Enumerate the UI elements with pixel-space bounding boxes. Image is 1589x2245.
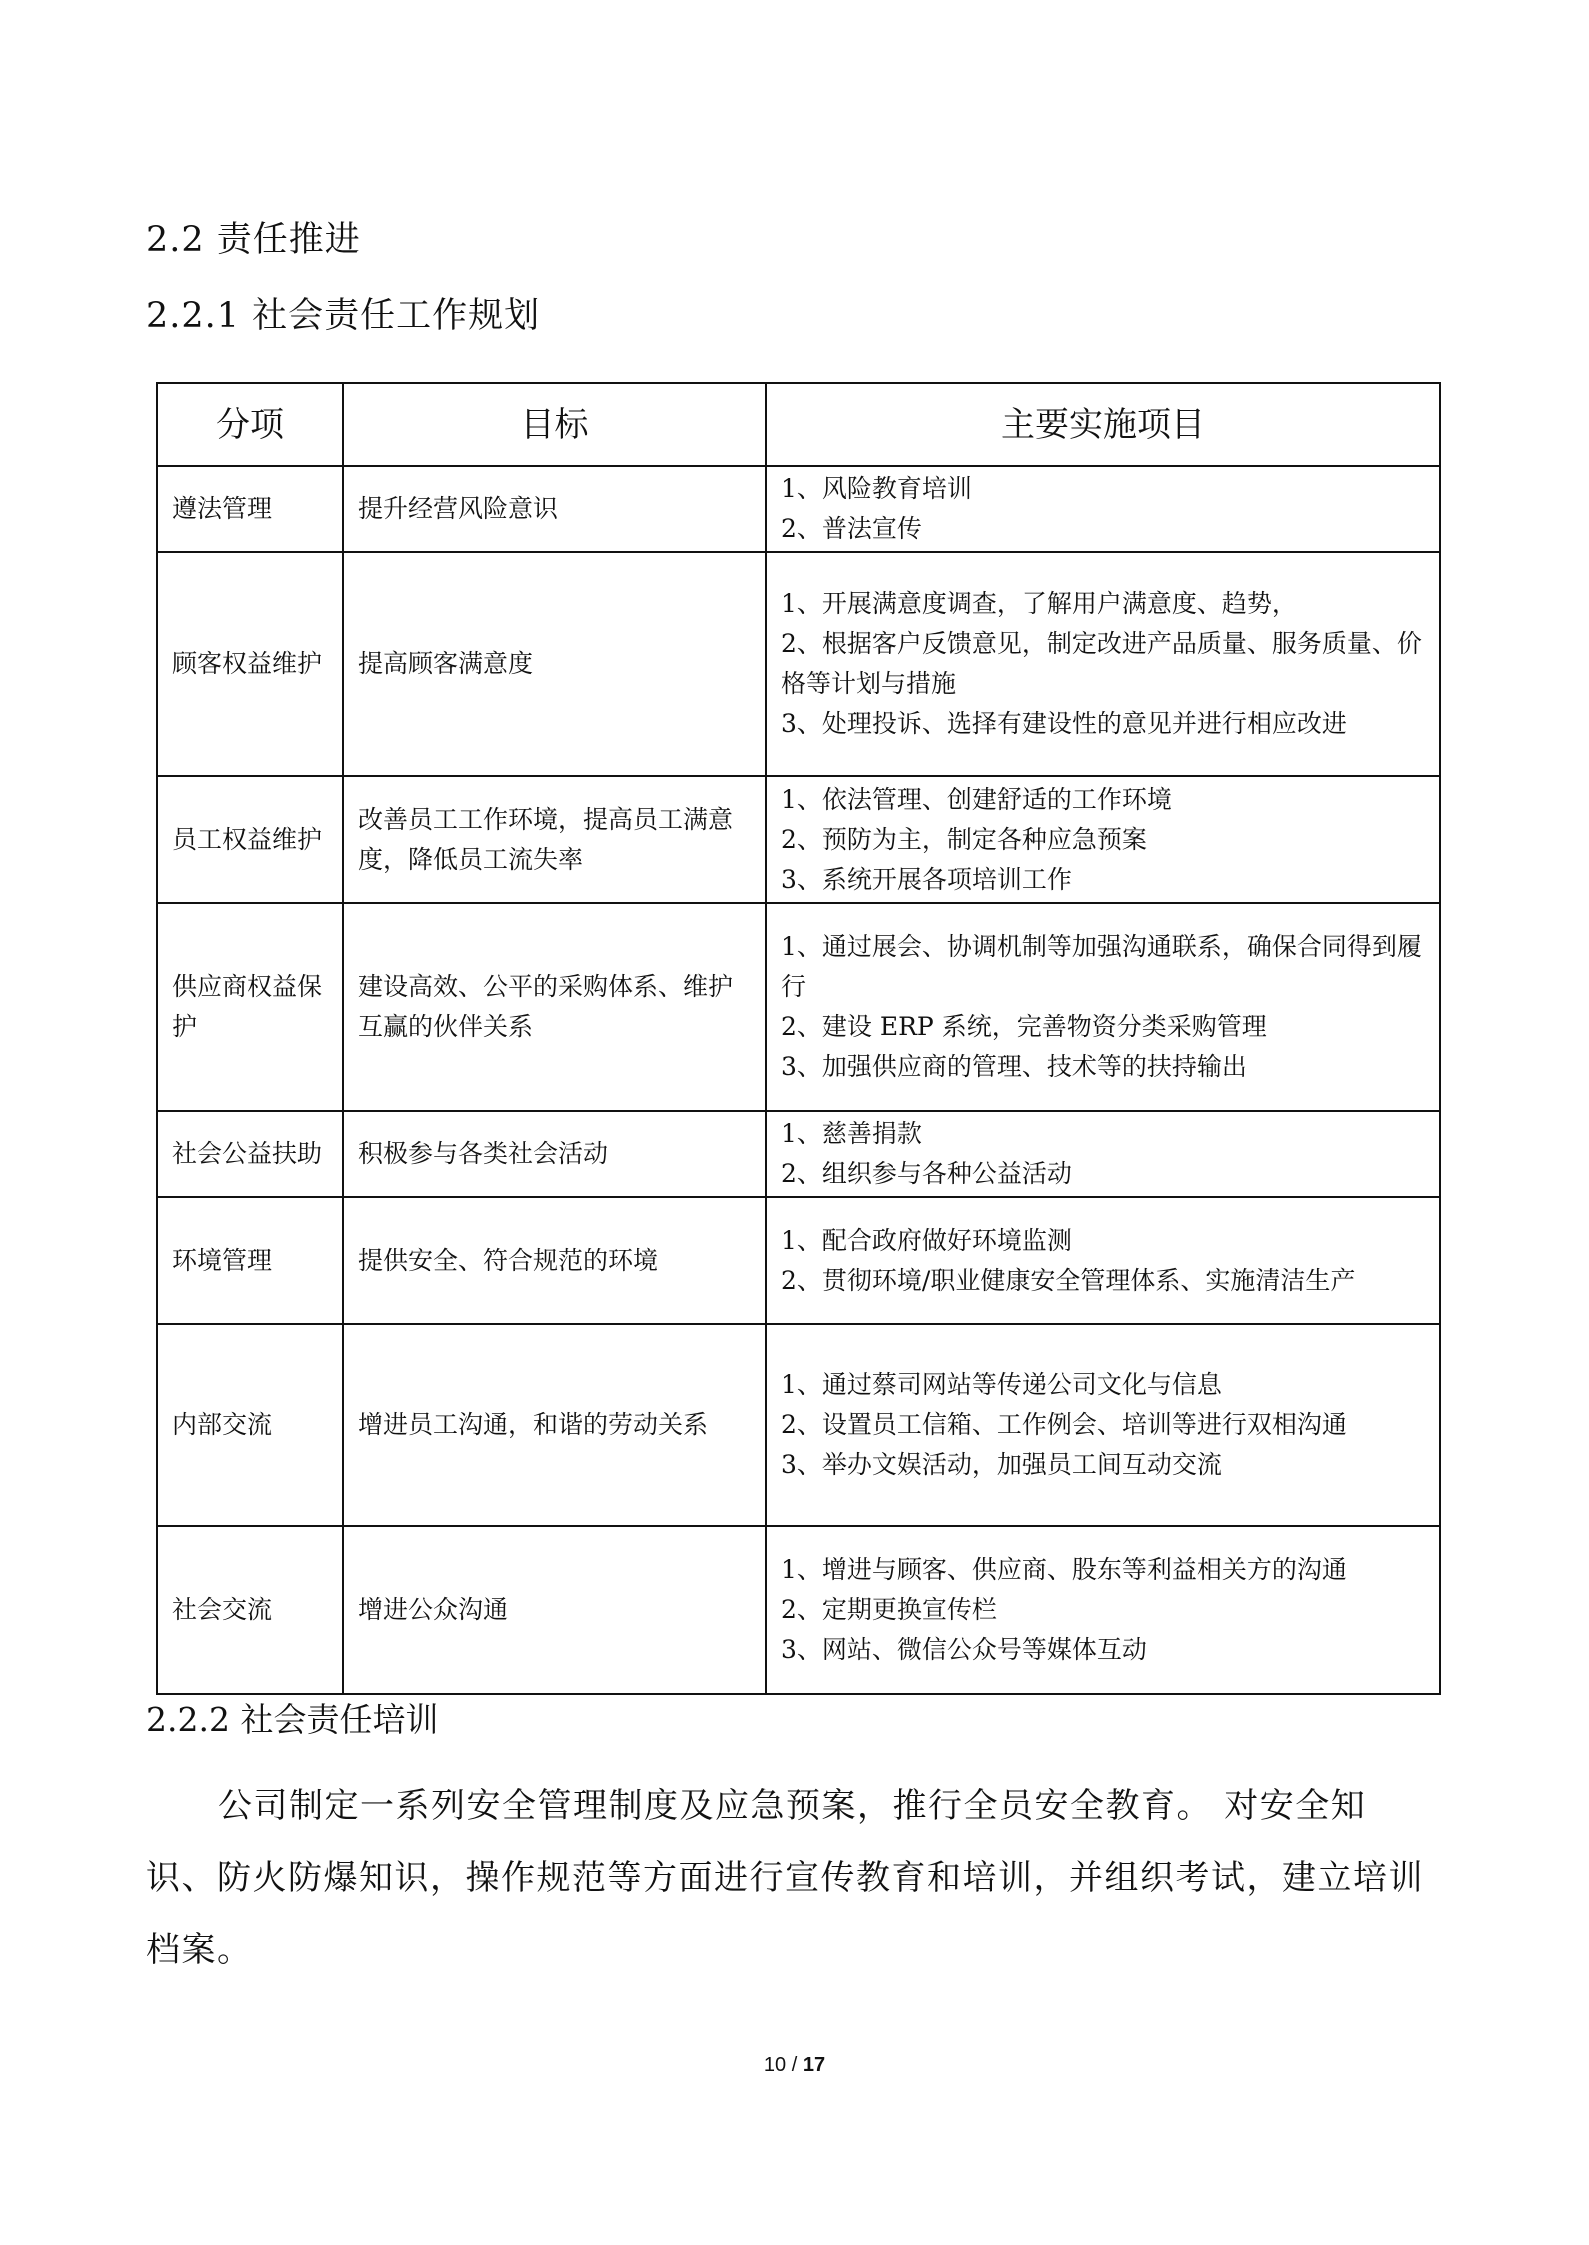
cell-goal: 改善员工工作环境，提高员工满意度，降低员工流失率 [343, 776, 766, 903]
implementation-item: 3、举办文娱活动，加强员工间互动交流 [781, 1445, 1425, 1485]
column-header-items: 主要实施项目 [766, 383, 1440, 466]
cell-items: 1、增进与顾客、供应商、股东等利益相关方的沟通2、定期更换宣传栏3、网站、微信公… [766, 1526, 1440, 1694]
table-row: 内部交流增进员工沟通，和谐的劳动关系1、通过蔡司网站等传递公司文化与信息2、设置… [157, 1324, 1440, 1526]
implementation-item: 1、依法管理、创建舒适的工作环境 [781, 780, 1425, 820]
cell-items: 1、通过蔡司网站等传递公司文化与信息2、设置员工信箱、工作例会、培训等进行双相沟… [766, 1324, 1440, 1526]
cell-goal: 提高顾客满意度 [343, 552, 766, 776]
implementation-item: 2、定期更换宣传栏 [781, 1590, 1425, 1630]
table-row: 供应商权益保护建设高效、公平的采购体系、维护互赢的伙伴关系1、通过展会、协调机制… [157, 903, 1440, 1111]
total-pages: 17 [803, 2054, 825, 2076]
implementation-item: 3、处理投诉、选择有建设性的意见并进行相应改进 [781, 704, 1425, 744]
table-row: 员工权益维护改善员工工作环境，提高员工满意度，降低员工流失率1、依法管理、创建舒… [157, 776, 1440, 903]
table-row: 遵法管理提升经营风险意识1、风险教育培训2、普法宣传 [157, 466, 1440, 552]
implementation-item: 2、建设 ERP 系统，完善物资分类采购管理 [781, 1007, 1425, 1047]
cell-category: 供应商权益保护 [157, 903, 343, 1111]
implementation-item: 1、开展满意度调查，了解用户满意度、趋势， [781, 584, 1425, 624]
cell-category: 社会公益扶助 [157, 1111, 343, 1197]
cell-category: 环境管理 [157, 1197, 343, 1324]
implementation-item: 2、组织参与各种公益活动 [781, 1154, 1425, 1194]
table-row: 社会交流增进公众沟通1、增进与顾客、供应商、股东等利益相关方的沟通2、定期更换宣… [157, 1526, 1440, 1694]
section-heading: 2.2 责任推进 [146, 220, 361, 260]
page-number: 10 / 17 [0, 2054, 1589, 2077]
implementation-item: 2、贯彻环境/职业健康安全管理体系、实施清洁生产 [781, 1261, 1425, 1301]
implementation-item: 2、设置员工信箱、工作例会、培训等进行双相沟通 [781, 1405, 1425, 1445]
implementation-item: 2、预防为主，制定各种应急预案 [781, 820, 1425, 860]
cell-items: 1、依法管理、创建舒适的工作环境2、预防为主，制定各种应急预案3、系统开展各项培… [766, 776, 1440, 903]
table-row: 顾客权益维护提高顾客满意度1、开展满意度调查，了解用户满意度、趋势，2、根据客户… [157, 552, 1440, 776]
implementation-item: 3、加强供应商的管理、技术等的扶持输出 [781, 1047, 1425, 1087]
cell-goal: 增进公众沟通 [343, 1526, 766, 1694]
subsection-heading-training: 2.2.2 社会责任培训 [146, 1700, 438, 1740]
implementation-item: 2、普法宣传 [781, 509, 1425, 549]
implementation-item: 1、配合政府做好环境监测 [781, 1221, 1425, 1261]
implementation-item: 1、通过展会、协调机制等加强沟通联系，确保合同得到履行 [781, 927, 1425, 1007]
cell-goal: 增进员工沟通，和谐的劳动关系 [343, 1324, 766, 1526]
cell-items: 1、慈善捐款2、组织参与各种公益活动 [766, 1111, 1440, 1197]
table-header-row: 分项 目标 主要实施项目 [157, 383, 1440, 466]
cell-goal: 提供安全、符合规范的环境 [343, 1197, 766, 1324]
cell-category: 社会交流 [157, 1526, 343, 1694]
page-separator: / [786, 2054, 803, 2076]
training-paragraph: 公司制定一系列安全管理制度及应急预案，推行全员安全教育。 对安全知识、防火防爆知… [146, 1770, 1436, 1986]
implementation-item: 2、根据客户反馈意见，制定改进产品质量、服务质量、价格等计划与措施 [781, 624, 1425, 704]
cell-category: 员工权益维护 [157, 776, 343, 903]
cell-items: 1、配合政府做好环境监测2、贯彻环境/职业健康安全管理体系、实施清洁生产 [766, 1197, 1440, 1324]
cell-category: 内部交流 [157, 1324, 343, 1526]
cell-goal: 积极参与各类社会活动 [343, 1111, 766, 1197]
implementation-item: 1、慈善捐款 [781, 1114, 1425, 1154]
cell-goal: 提升经营风险意识 [343, 466, 766, 552]
column-header-category: 分项 [157, 383, 343, 466]
implementation-item: 1、通过蔡司网站等传递公司文化与信息 [781, 1365, 1425, 1405]
table-row: 社会公益扶助积极参与各类社会活动1、慈善捐款2、组织参与各种公益活动 [157, 1111, 1440, 1197]
cell-category: 顾客权益维护 [157, 552, 343, 776]
subsection-heading-planning: 2.2.1 社会责任工作规划 [146, 296, 540, 336]
cell-items: 1、开展满意度调查，了解用户满意度、趋势，2、根据客户反馈意见，制定改进产品质量… [766, 552, 1440, 776]
current-page: 10 [764, 2054, 786, 2076]
cell-items: 1、风险教育培训2、普法宣传 [766, 466, 1440, 552]
column-header-goal: 目标 [343, 383, 766, 466]
implementation-item: 3、系统开展各项培训工作 [781, 860, 1425, 900]
cell-category: 遵法管理 [157, 466, 343, 552]
csr-plan-table: 分项 目标 主要实施项目 遵法管理提升经营风险意识1、风险教育培训2、普法宣传顾… [156, 382, 1441, 1695]
implementation-item: 1、风险教育培训 [781, 469, 1425, 509]
cell-items: 1、通过展会、协调机制等加强沟通联系，确保合同得到履行2、建设 ERP 系统，完… [766, 903, 1440, 1111]
implementation-item: 1、增进与顾客、供应商、股东等利益相关方的沟通 [781, 1550, 1425, 1590]
implementation-item: 3、网站、微信公众号等媒体互动 [781, 1630, 1425, 1670]
cell-goal: 建设高效、公平的采购体系、维护互赢的伙伴关系 [343, 903, 766, 1111]
table-row: 环境管理提供安全、符合规范的环境1、配合政府做好环境监测2、贯彻环境/职业健康安… [157, 1197, 1440, 1324]
